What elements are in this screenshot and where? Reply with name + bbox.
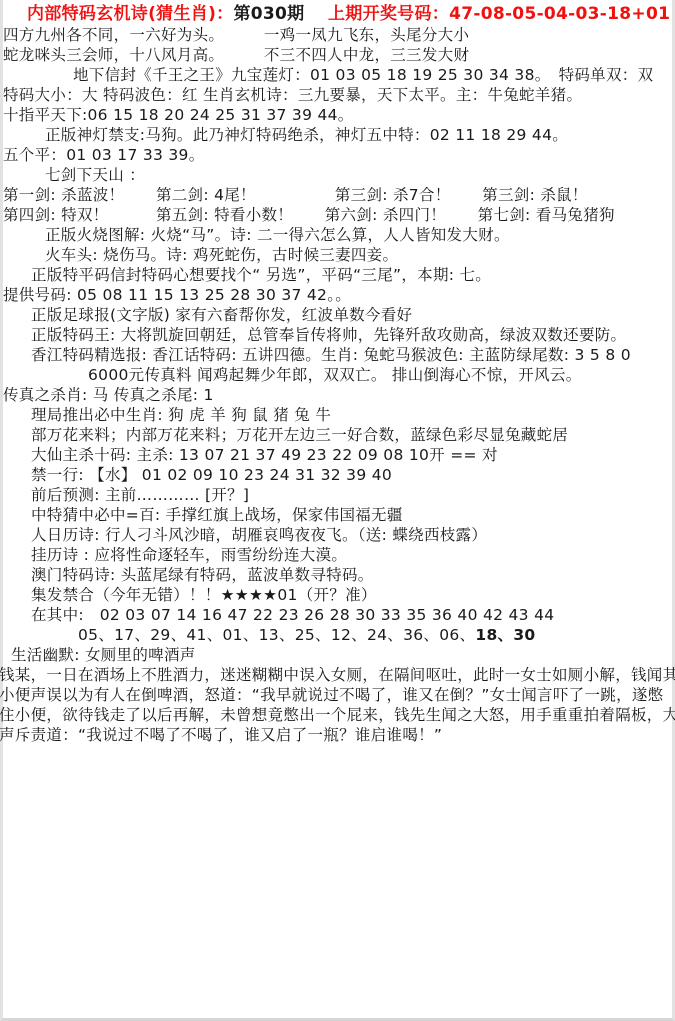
text-segment: 地下信封《千王之王》九宝莲灯：01 03 05 18 19 25 30 34 3… — [73, 66, 653, 84]
text-segment: 十指平天下:06 15 18 20 24 25 31 37 39 44。 — [3, 106, 354, 124]
text-line-29: 集发禁合（今年无错）！！★★★★01（开？准） — [31, 585, 672, 605]
text-segment: 正版特码王: 大将凯旋回朝廷，总管奉旨传将帅，先锋歼敌攻勋高，绿波双数还要防。 — [31, 326, 626, 344]
text-line-13: 正版特平码信封特码心想要找个“ 另选”，平码“三尾”，本期: 七。 — [31, 265, 672, 285]
text-segment: 挂历诗 : 应将性命逐轻车，雨雪纷纷连大漠。 — [31, 546, 347, 564]
text-line-12: 火车头: 烧伤马。诗: 鸡死蛇伤，古时候三妻四妾。 — [45, 245, 672, 265]
text-segment: 正版特平码信封特码心想要找个“ 另选”，平码“三尾”，本期: 七。 — [31, 266, 491, 284]
text-line-30: 在其中: 02 03 07 14 16 47 22 23 26 28 30 33… — [31, 605, 672, 625]
lottery-tip-sheet: 内部特码玄机诗(猜生肖)：第030期 上期开奖号码：47-08-05-04-03… — [0, 0, 675, 1021]
text-segment: 小便声误以为有人在倒啤酒，怒道：“我早就说过不喝了，谁又在倒？”女士闻言吓了一跳… — [0, 686, 663, 704]
text-segment: 05、17、29、41、01、13、25、12、24、36、06、 — [78, 626, 475, 644]
text-segment: 声斥责道：“我说过不喝了不喝了，谁又启了一瓶？谁启谁喝！” — [0, 726, 442, 744]
text-segment: 钱某，一日在酒场上不胜酒力，迷迷糊糊中误入女厕，在隔间呕吐，此时一女士如厕小解，… — [0, 666, 675, 684]
text-segment: 蛇龙咪头三会师，十八风月高。 不三不四人中龙，三三发大财 — [3, 46, 469, 64]
text-line-19: 传真之杀肖: 马 传真之杀尾: 1 — [3, 385, 672, 405]
text-segment: 特码大小：大 特码波色：红 生肖玄机诗：三九要暴，天下太平。主：牛兔蛇羊猪。 — [3, 86, 582, 104]
text-line-0: 内部特码玄机诗(猜生肖)：第030期 上期开奖号码：47-08-05-04-03… — [27, 3, 672, 25]
text-line-5: 十指平天下:06 15 18 20 24 25 31 37 39 44。 — [3, 105, 672, 125]
text-line-28: 澳门特码诗: 头蓝尾绿有特码，蓝波单数寻特码。 — [31, 565, 672, 585]
text-line-31: 05、17、29、41、01、13、25、12、24、36、06、18、30 — [78, 625, 672, 645]
text-segment: 集发禁合（今年无错）！！★★★★01（开？准） — [31, 586, 377, 604]
text-segment: 上期开奖号码：47-08-05-04-03-18+01 — [328, 4, 670, 24]
text-segment: 正版神灯禁支:马狗。此乃神灯特码绝杀，神灯五中特：02 11 18 29 44。 — [45, 126, 568, 144]
text-segment: 正版火烧图解: 火烧“马”。诗: 二一得六怎么算，人人皆知发大财。 — [45, 226, 510, 244]
text-segment: 火车头: 烧伤马。诗: 鸡死蛇伤，古时候三妻四妾。 — [45, 246, 398, 264]
text-segment: 理局推出必中生肖: 狗 虎 羊 狗 鼠 猪 兔 牛 — [31, 406, 331, 424]
text-line-7: 五个平：01 03 17 33 39。 — [3, 145, 672, 165]
text-line-17: 香江特码精选报: 香江话特码: 五讲四德。生肖: 兔蛇马猴波色: 主蓝防绿尾数:… — [31, 345, 672, 365]
text-segment: 住小便，欲待钱走了以后再解，未曾想竟憋出一个屁来，钱先生闻之大怒，用手重重拍着隔… — [0, 706, 675, 724]
text-segment — [304, 4, 328, 24]
text-line-1: 四方九州各不同，一六好为头。 一鸡一凤九飞东，头尾分大小 — [3, 25, 672, 45]
text-line-32: 生活幽默: 女厕里的啤酒声 — [11, 645, 672, 665]
text-line-11: 正版火烧图解: 火烧“马”。诗: 二一得六怎么算，人人皆知发大财。 — [45, 225, 672, 245]
text-segment: 第030期 — [233, 4, 304, 24]
text-segment: 正版足球报(文字版) 家有六畜帮你发，红波单数今看好 — [31, 306, 412, 324]
text-line-4: 特码大小：大 特码波色：红 生肖玄机诗：三九要暴，天下太平。主：牛兔蛇羊猪。 — [3, 85, 672, 105]
text-line-16: 正版特码王: 大将凯旋回朝廷，总管奉旨传将帅，先锋歼敌攻勋高，绿波双数还要防。 — [31, 325, 672, 345]
document-lines: 内部特码玄机诗(猜生肖)：第030期 上期开奖号码：47-08-05-04-03… — [3, 3, 672, 745]
text-segment: 生活幽默: 女厕里的啤酒声 — [11, 646, 196, 664]
text-line-22: 大仙主杀十码: 主杀: 13 07 21 37 49 23 22 09 08 1… — [31, 445, 672, 465]
text-line-8: 七剑下天山 ： — [45, 165, 672, 185]
text-segment: 中特猜中必中=百: 手撑红旗上战场，保家伟国福无疆 — [31, 506, 403, 524]
text-segment: 18、30 — [475, 626, 535, 644]
text-line-33: 钱某，一日在酒场上不胜酒力，迷迷糊糊中误入女厕，在隔间呕吐，此时一女士如厕小解，… — [0, 665, 672, 685]
text-segment: 前后预测: 主前………… [开？] — [31, 486, 249, 504]
text-segment: 香江特码精选报: 香江话特码: 五讲四德。生肖: 兔蛇马猴波色: 主蓝防绿尾数:… — [31, 346, 631, 364]
text-line-20: 理局推出必中生肖: 狗 虎 羊 狗 鼠 猪 兔 牛 — [31, 405, 672, 425]
text-segment: 部万花来料；内部万花来料；万花开左边三一好合数，蓝绿色彩尽显兔藏蛇居 — [31, 426, 568, 444]
text-line-24: 前后预测: 主前………… [开？] — [31, 485, 672, 505]
text-segment: 人日历诗: 行人刁斗风沙暗，胡雁哀鸣夜夜飞。（送: 蝶绕西枝露） — [31, 526, 487, 544]
text-segment: 传真之杀肖: 马 传真之杀尾: 1 — [3, 386, 214, 404]
text-line-10: 第四剑: 特双！ 第五剑: 特看小数！ 第六剑: 杀四门！ 第七剑: 看马兔猪狗 — [3, 205, 672, 225]
text-line-21: 部万花来料；内部万花来料；万花开左边三一好合数，蓝绿色彩尽显兔藏蛇居 — [31, 425, 672, 445]
text-segment: 澳门特码诗: 头蓝尾绿有特码，蓝波单数寻特码。 — [31, 566, 374, 584]
text-line-35: 住小便，欲待钱走了以后再解，未曾想竟憋出一个屁来，钱先生闻之大怒，用手重重拍着隔… — [0, 705, 672, 725]
text-segment: 七剑下天山 ： — [45, 166, 145, 184]
text-line-3: 地下信封《千王之王》九宝莲灯：01 03 05 18 19 25 30 34 3… — [73, 65, 672, 85]
text-segment: 大仙主杀十码: 主杀: 13 07 21 37 49 23 22 09 08 1… — [31, 446, 498, 464]
text-segment: 第四剑: 特双！ 第五剑: 特看小数！ 第六剑: 杀四门！ 第七剑: 看马兔猪狗 — [3, 206, 615, 224]
text-line-15: 正版足球报(文字版) 家有六畜帮你发，红波单数今看好 — [31, 305, 672, 325]
text-segment: 五个平：01 03 17 33 39。 — [3, 146, 205, 164]
text-segment: 内部特码玄机诗(猜生肖)： — [27, 4, 233, 24]
text-line-27: 挂历诗 : 应将性命逐轻车，雨雪纷纷连大漠。 — [31, 545, 672, 565]
text-segment: 禁一行: 【水】 01 02 09 10 23 24 31 32 39 40 — [31, 466, 392, 484]
text-line-14: 提供号码: 05 08 11 15 13 25 28 30 37 42。。 — [3, 285, 672, 305]
text-segment: 四方九州各不同，一六好为头。 一鸡一凤九飞东，头尾分大小 — [3, 26, 469, 44]
text-line-26: 人日历诗: 行人刁斗风沙暗，胡雁哀鸣夜夜飞。（送: 蝶绕西枝露） — [31, 525, 672, 545]
text-segment: 6000元传真料 闻鸡起舞少年郎，双双亡。 排山倒海心不惊，开风云。 — [88, 366, 582, 384]
text-line-6: 正版神灯禁支:马狗。此乃神灯特码绝杀，神灯五中特：02 11 18 29 44。 — [45, 125, 672, 145]
text-segment: 提供号码: 05 08 11 15 13 25 28 30 37 42。。 — [3, 286, 351, 304]
text-line-18: 6000元传真料 闻鸡起舞少年郎，双双亡。 排山倒海心不惊，开风云。 — [88, 365, 672, 385]
text-line-9: 第一剑: 杀蓝波！ 第二剑: 4尾！ 第三剑: 杀7合！ 第三剑: 杀鼠！ — [3, 185, 672, 205]
text-line-23: 禁一行: 【水】 01 02 09 10 23 24 31 32 39 40 — [31, 465, 672, 485]
text-line-34: 小便声误以为有人在倒啤酒，怒道：“我早就说过不喝了，谁又在倒？”女士闻言吓了一跳… — [0, 685, 672, 705]
text-line-36: 声斥责道：“我说过不喝了不喝了，谁又启了一瓶？谁启谁喝！” — [0, 725, 672, 745]
text-segment: 第一剑: 杀蓝波！ 第二剑: 4尾！ 第三剑: 杀7合！ 第三剑: 杀鼠！ — [3, 186, 588, 204]
text-line-2: 蛇龙咪头三会师，十八风月高。 不三不四人中龙，三三发大财 — [3, 45, 672, 65]
text-line-25: 中特猜中必中=百: 手撑红旗上战场，保家伟国福无疆 — [31, 505, 672, 525]
text-segment: 在其中: 02 03 07 14 16 47 22 23 26 28 30 33… — [31, 606, 554, 624]
